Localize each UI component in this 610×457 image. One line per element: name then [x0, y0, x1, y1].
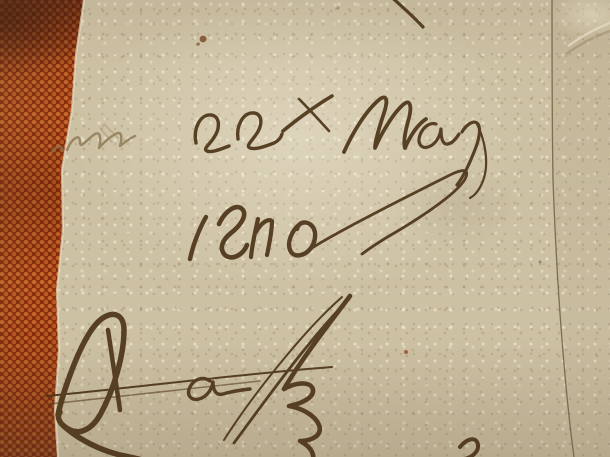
year-flourish-loop: [312, 171, 467, 254]
fiber-speck2: [539, 261, 542, 264]
fiber-speck: [337, 7, 340, 10]
red-speck: [404, 350, 408, 354]
signature-fragment-right: [460, 439, 478, 457]
paper-details: [55, 0, 610, 457]
year-digit-1: [190, 217, 206, 259]
signature-zigzag: [284, 383, 320, 457]
ink-spot-small: [196, 42, 200, 46]
manuscript-photo: …u (faint word fragment cut off by the p…: [0, 0, 610, 457]
day-digit-2a: [195, 115, 229, 152]
month-a: [419, 124, 459, 148]
day-digit-2b: [238, 113, 282, 149]
signature-a: [189, 379, 250, 400]
year-digit-4: [251, 219, 272, 257]
year-digit-8: [219, 207, 247, 257]
month-M: [344, 97, 426, 152]
year-digit-0: [289, 222, 315, 255]
signature-downstroke: [284, 296, 350, 389]
ink-overlay: [0, 0, 610, 457]
crease-line: [552, 0, 574, 457]
month-y: [457, 122, 480, 185]
handwriting: [47, 0, 486, 457]
ink-spot: [200, 36, 207, 43]
stray-stroke-top: [388, 0, 423, 27]
torn-edge-highlight: [55, 0, 84, 457]
